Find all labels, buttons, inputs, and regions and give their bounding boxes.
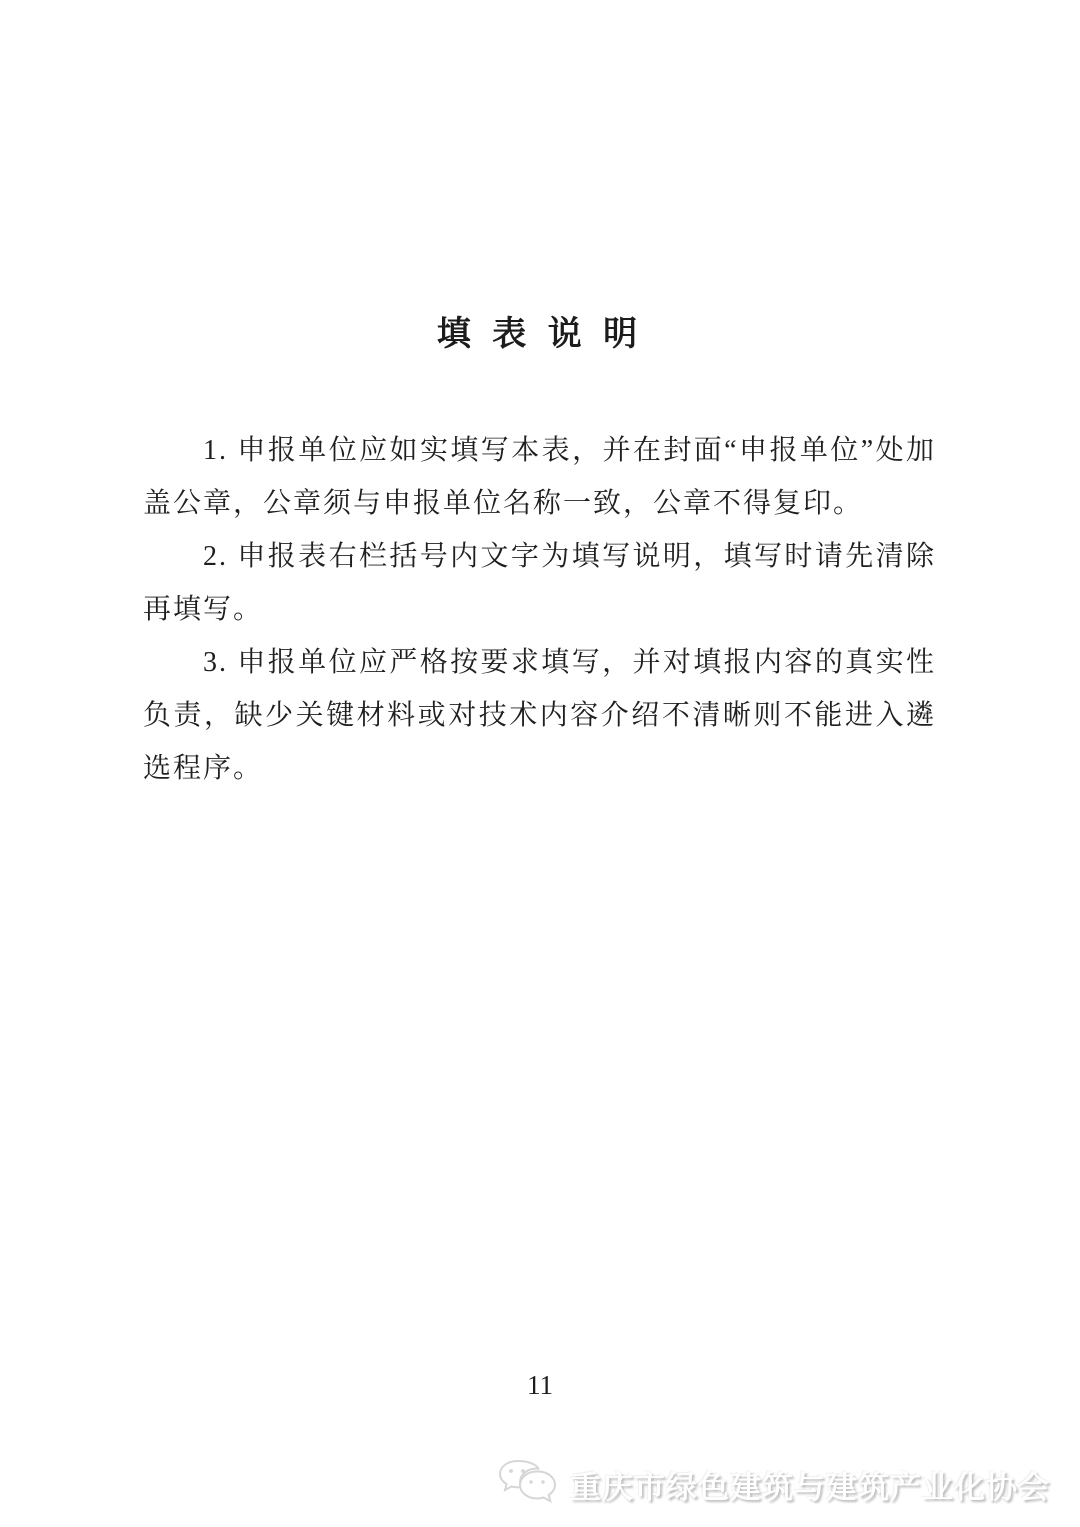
page-number: 11: [0, 1370, 1080, 1401]
footer-watermark: 重庆市绿色建筑与建筑产业化协会: [498, 1458, 1050, 1510]
watermark-text: 重庆市绿色建筑与建筑产业化协会: [570, 1462, 1050, 1507]
instruction-item-2: 2. 申报表右栏括号内文字为填写说明，填写时请先清除再填写。: [143, 530, 936, 636]
document-page: 填 表 说 明 1. 申报单位应如实填写本表，并在封面“申报单位”处加盖公章，公…: [0, 0, 1080, 1527]
instruction-item-1: 1. 申报单位应如实填写本表，并在封面“申报单位”处加盖公章，公章须与申报单位名…: [143, 424, 936, 530]
instructions-body: 1. 申报单位应如实填写本表，并在封面“申报单位”处加盖公章，公章须与申报单位名…: [143, 424, 936, 795]
wechat-icon: [498, 1458, 564, 1510]
instruction-item-3: 3. 申报单位应严格按要求填写，并对填报内容的真实性负责，缺少关键材料或对技术内…: [143, 636, 936, 795]
page-title: 填 表 说 明: [0, 306, 1080, 355]
